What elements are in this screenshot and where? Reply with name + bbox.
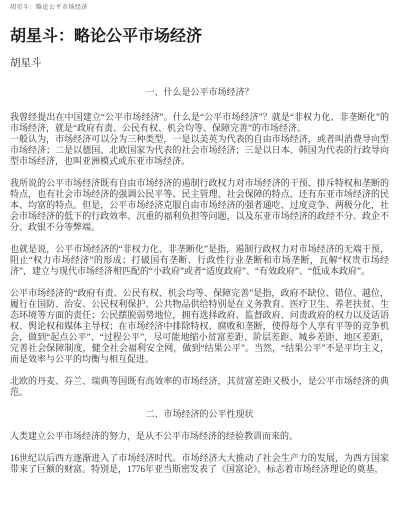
section-1-heading: 一、什么是公平市场经济？	[10, 87, 389, 98]
paragraph: 我曾经提出在中国建立“公平市场经济”。什么是“公平市场经济”？就是“非权力化、非…	[10, 112, 389, 134]
paragraph: 我所说的公平市场经济既有自由市场经济的遏制行政权力对市场经济的干预、排斥特权和垄…	[10, 178, 389, 233]
article-author: 胡星斗	[10, 58, 389, 70]
section-what-is-fair-market-economy: 一、什么是公平市场经济？ 我曾经提出在中国建立“公平市场经济”。什么是“公平市场…	[10, 87, 389, 398]
section-2-heading: 二、市场经济的公平性现状	[10, 409, 389, 420]
section-fairness-status-of-market-economy: 二、市场经济的公平性现状 人类建立公平市场经济的努力，是从不公平市场经济的经验教…	[10, 409, 389, 475]
paragraph: 一般认为，市场经济可以分为三种类型，一是以美英为代表的自由市场经济，或者叫消费导…	[10, 134, 389, 167]
paragraph: 也就是说，公平市场经济的“非权力化、非垄断化”是指，遏制行政权力对市场经济的无端…	[10, 244, 389, 277]
paragraph: 人类建立公平市场经济的努力，是从不公平市场经济的经验教训而来的。	[10, 431, 389, 442]
article-title: 胡星斗：略论公平市场经济	[10, 27, 389, 47]
print-header: 胡星斗：略论公平市场经济	[10, 4, 389, 12]
paragraph: 公平市场经济的“政府有责、公民有权、机会均等、保障完善”是指，政府不缺位、错位、…	[10, 288, 389, 365]
paragraph: 16世纪以后西方逐渐进入了市场经济时代。市场经济大大推动了社会生产力的发展，为西…	[10, 453, 389, 475]
document-page: 胡星斗：略论公平市场经济 胡星斗：略论公平市场经济 胡星斗 一、什么是公平市场经…	[0, 0, 399, 516]
paragraph: 北欧的丹麦、芬兰、瑞典等国既有高效率的市场经济，其贫富差距又极小，是公平市场经济…	[10, 376, 389, 398]
